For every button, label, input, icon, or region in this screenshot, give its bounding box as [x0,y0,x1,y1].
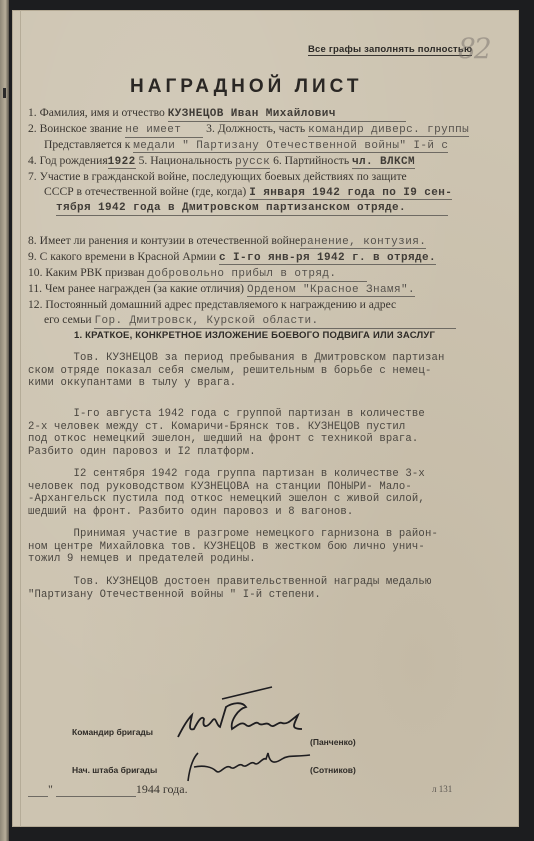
section-heading-feat: 1. КРАТКОЕ, КОНКРЕТНОЕ ИЗЛОЖЕНИЕ БОЕВОГО… [74,330,435,341]
scan-binding-edge [0,0,9,841]
field-value: командир диверс. группы [308,124,469,137]
chief-of-staff-signature [184,745,314,785]
field-war-participation: 7. Участие в гражданской войне, последую… [28,170,407,184]
field-label: Должность, часть [218,122,305,135]
field-value: Гор. Дмитровск, Курской области. [94,314,456,329]
award-sheet-page: Все графы заполнять полностью 82 НАГРАДН… [12,10,519,827]
field-label: Фамилия, имя и отчество [40,106,165,119]
field-label: Партийность [285,154,349,167]
field-label: Каким РВК призван [45,266,144,279]
field-label: Чем ранее награжден (за какие отличия) [45,282,244,295]
chief-of-staff-name: (Сотников) [310,765,356,775]
field-nominated-for: Представляется к медали " Партизану Отеч… [44,138,448,153]
field-value: с I-го янв-ря 1942 г. в отряде. [219,252,436,265]
field-full-name: 1. Фамилия, имя и отчество КУЗНЕЦОВ Иван… [28,106,406,122]
field-war-participation-cont: СССР в отечественной войне (где, когда) … [44,185,452,200]
narrative-paragraph: Принимая участие в разгроме немецкого га… [28,528,514,566]
field-label: Участие в гражданской войне, последующих… [40,170,407,183]
field-label: С какого времени в Красной Армии [40,250,216,263]
field-label: Постоянный домашний адрес представляемог… [45,298,396,311]
document-title: НАГРАДНОЙ ЛИСТ [130,76,362,98]
field-birth-nationality-party: 4. Год рождения1922 5. Национальность ру… [28,154,415,169]
field-label: Год рождения [40,154,108,167]
field-label: его семьи [44,313,92,326]
field-value: тября 1942 года в Дмитровском партизанск… [56,201,448,216]
field-value: КУЗНЕЦОВ Иван Михайлович [168,107,406,122]
brigade-commander-signature [172,685,322,743]
field-label: Имеет ли ранения и контузии в отечествен… [40,234,301,247]
field-value: добровольно прибыл в отряд. [147,267,367,282]
fill-instruction: Все графы заполнять полностью [308,44,472,56]
field-home-address: 12. Постоянный домашний адрес представля… [28,298,396,312]
field-label: Представляется к [44,138,130,151]
field-value: чл. ВЛКСМ [352,156,415,169]
field-value: ранение, контузия. [300,236,426,249]
field-label: СССР в отечественной войне (где, когда) [44,185,246,198]
archive-page-number: 82 [458,32,490,65]
archive-sheet-reference: л 131 [432,784,452,794]
narrative-paragraph: Тов. КУЗНЕЦОВ за период пребывания в Дми… [28,352,514,390]
narrative-paragraph: I2 сентября 1942 года группа партизан в … [28,468,514,518]
field-draft-office: 10. Каким РВК призван добровольно прибыл… [28,266,367,282]
field-home-address-cont: его семьи Гор. Дмитровск, Курской област… [44,313,456,329]
field-value: Орденом "Красное Знамя". [247,284,415,297]
field-value: медали " Партизану Отечественной войны" … [133,140,448,153]
field-service-since: 9. С какого времени в Красной Армии с I-… [28,250,436,265]
brigade-commander-name: (Панченко) [310,737,356,747]
field-value: русск [235,156,270,169]
field-rank-position: 2. Воинское звание не имеет 3. Должность… [28,122,469,138]
brigade-commander-label: Командир бригады [72,727,153,737]
field-label: Воинское звание [40,122,123,135]
field-value: I января 1942 года по I9 сен- [249,187,452,200]
field-value: 1922 [108,156,136,169]
narrative-paragraph: Тов. КУЗНЕЦОВ достоен правительственной … [28,576,514,601]
chief-of-staff-label: Нач. штаба бригады [72,765,157,775]
field-previous-awards: 11. Чем ранее награжден (за какие отличи… [28,282,415,297]
narrative-paragraph: I-го августа 1942 года с группой партиза… [28,408,514,458]
document-date: " 1944 года. [28,782,188,797]
field-war-participation-value-cont: тября 1942 года в Дмитровском партизанск… [56,200,448,216]
page-edge-line [20,10,21,827]
field-wounds: 8. Имеет ли ранения и контузии в отечест… [28,234,426,249]
field-value: не имеет [125,123,203,138]
field-label: Национальность [150,154,232,167]
